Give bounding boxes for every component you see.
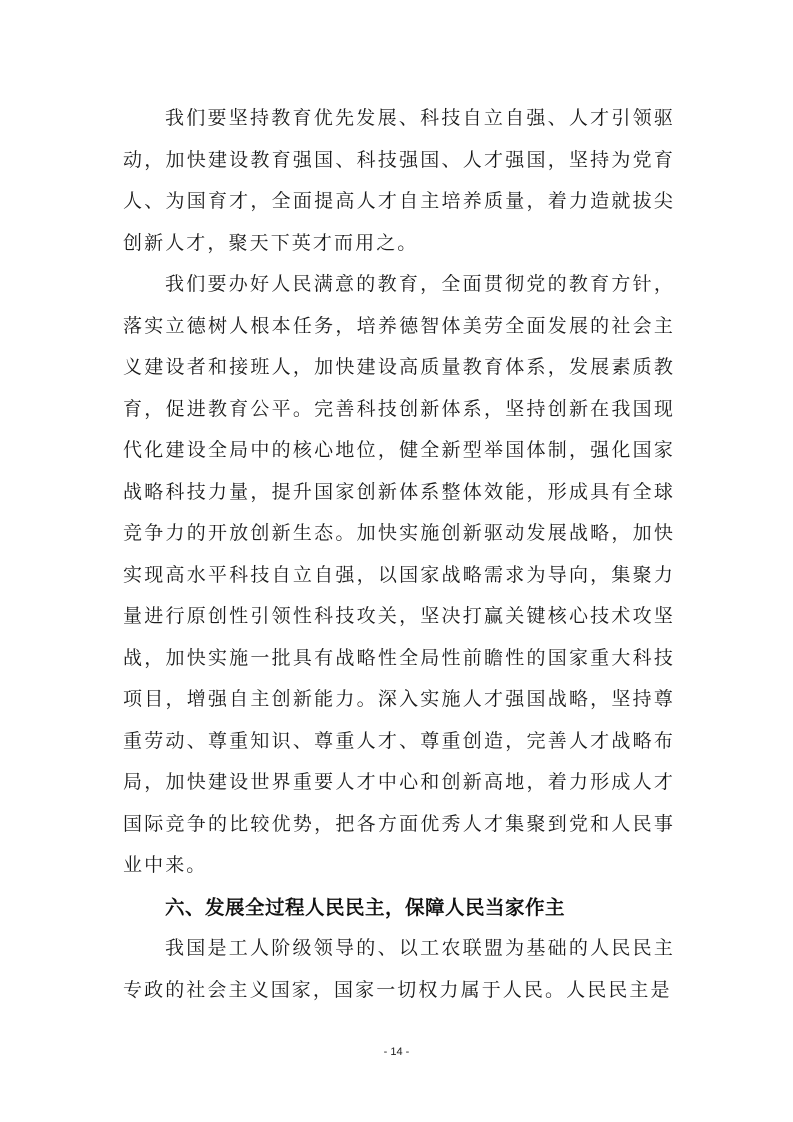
paragraph-education-priority: 我们要坚持教育优先发展、科技自立自强、人才引领驱动，加快建设教育强国、科技强国、… — [123, 98, 675, 264]
document-body: 我们要坚持教育优先发展、科技自立自强、人才引领驱动，加快建设教育强国、科技强国、… — [123, 98, 675, 1011]
paragraph-people-democracy: 我国是工人阶级领导的、以工农联盟为基础的人民民主专政的社会主义国家，国家一切权力… — [123, 928, 675, 1011]
document-page: 我们要坚持教育优先发展、科技自立自强、人才引领驱动，加快建设教育强国、科技强国、… — [0, 0, 793, 1122]
paragraph-education-science-talent: 我们要办好人民满意的教育，全面贯彻党的教育方针，落实立德树人根本任务，培养德智体… — [123, 264, 675, 887]
page-number: - 14 - — [0, 1046, 793, 1058]
section-heading: 六、发展全过程人民民主，保障人民当家作主 — [123, 887, 675, 929]
